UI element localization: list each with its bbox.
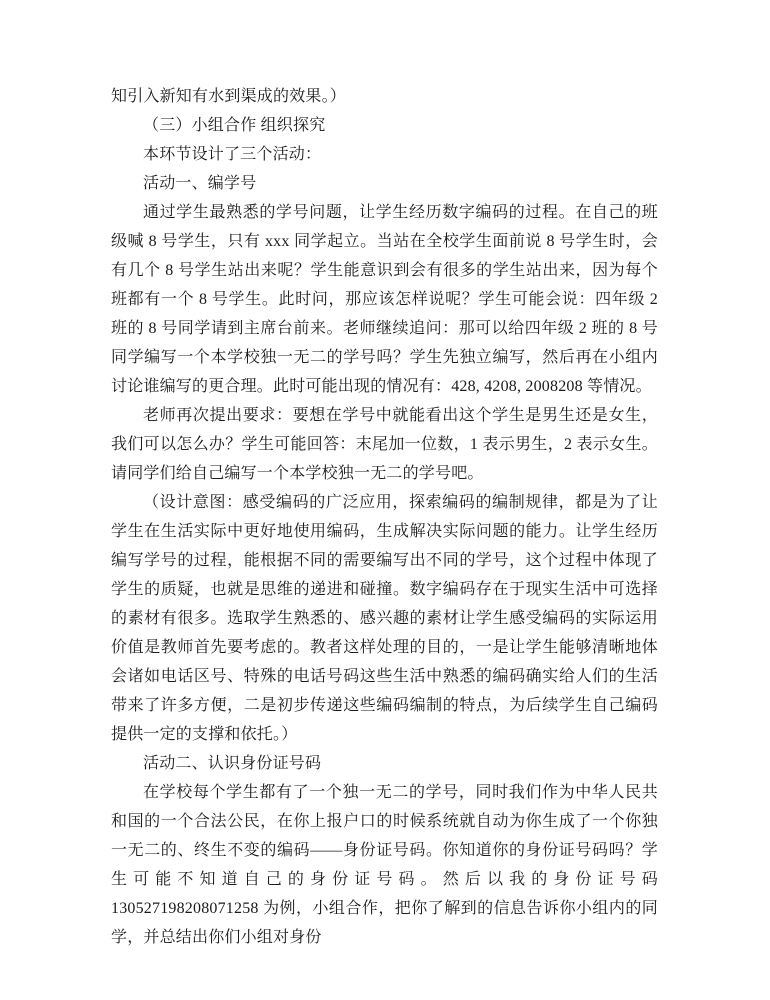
section-heading-group-cooperation: （三）小组合作 组织探究 xyxy=(111,111,658,140)
paragraph-teacher-request: 老师再次提出要求：要想在学号中就能看出这个学生是男生还是女生，我们可以怎么办？学… xyxy=(111,401,658,488)
heading-activity-2: 活动二、认识身份证号码 xyxy=(111,749,658,778)
paragraph-continuation: 知引入新知有水到渠成的效果。） xyxy=(111,82,658,111)
paragraph-activity-1-body: 通过学生最熟悉的学号问题，让学生经历数字编码的过程。在自己的班级喊 8 号学生，… xyxy=(111,198,658,401)
paragraph-activities-intro: 本环节设计了三个活动： xyxy=(111,140,658,169)
document-body: 知引入新知有水到渠成的效果。） （三）小组合作 组织探究 本环节设计了三个活动：… xyxy=(111,82,658,952)
paragraph-activity-2-body: 在学校每个学生都有了一个独一无二的学号，同时我们作为中华人民共和国的一个合法公民… xyxy=(111,778,658,952)
paragraph-design-intent: （设计意图：感受编码的广泛应用，探索编码的编制规律，都是为了让学生在生活实际中更… xyxy=(111,488,658,749)
heading-activity-1: 活动一、编学号 xyxy=(111,169,658,198)
document-page: 知引入新知有水到渠成的效果。） （三）小组合作 组织探究 本环节设计了三个活动：… xyxy=(0,0,770,1000)
